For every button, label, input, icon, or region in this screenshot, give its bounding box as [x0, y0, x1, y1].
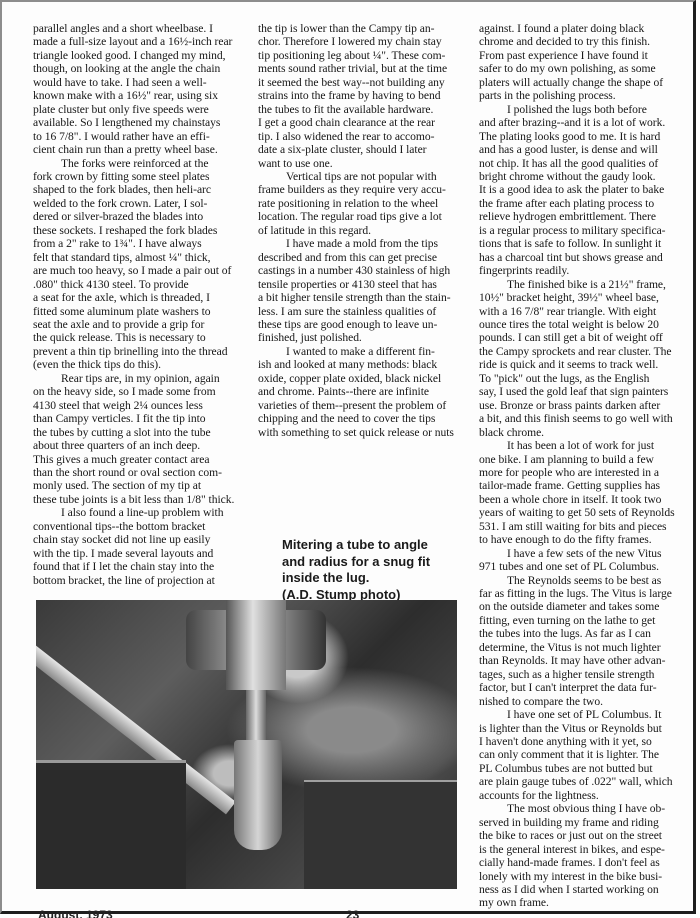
text-line: It has been a lot of work for just: [479, 439, 693, 452]
text-line: I get a good chain clearance at the rear: [258, 116, 472, 129]
text-line: I also found a line-up problem with: [33, 506, 255, 519]
text-line: a bit, and this finish seems to go well …: [479, 412, 693, 425]
text-line: strains into the frame by having to bend: [258, 89, 472, 102]
text-line: Rear tips are, in my opinion, again: [33, 372, 255, 385]
text-line: conventional tips--the bottom bracket: [33, 520, 255, 533]
text-line: and chrome. Paints--there are infinite: [258, 385, 472, 398]
text-line: monly used. The section of my tip at: [33, 479, 255, 492]
text-line: the tubes to fit the available hardware.: [258, 103, 472, 116]
text-line: ounce tires the total weight is below 20: [479, 318, 693, 331]
text-line: and after brazing--and it is a lot of wo…: [479, 116, 693, 129]
text-line: far as fitting in the lugs. The Vitus is…: [479, 587, 693, 600]
text-line: felt that standard tips, almost ¼" thick…: [33, 251, 255, 264]
text-line: 10½" bracket height, 39½" wheel base,: [479, 291, 693, 304]
text-line: are much too heavy, so I made a pair out…: [33, 264, 255, 277]
text-line: known make with a 16½" rear, using six: [33, 89, 255, 102]
photo-caption: Mitering a tube to angle and radius for …: [282, 537, 430, 603]
text-line: served in building my frame and riding: [479, 816, 693, 829]
text-line: The most obvious thing I have ob-: [479, 802, 693, 815]
vise-left: [36, 760, 186, 889]
text-line: can only comment that it is lighter. The: [479, 748, 693, 761]
text-line: varieties of them--present the problem o…: [258, 399, 472, 412]
text-line: less. I am sure the stainless qualities …: [258, 305, 472, 318]
text-line: ments sound rather trivial, but at the t…: [258, 62, 472, 75]
text-line: with the tip. I made several layouts and: [33, 547, 255, 560]
text-line: a seat for the axle, which is threaded, …: [33, 291, 255, 304]
text-line: made a full-size layout and a 16½-inch r…: [33, 35, 255, 48]
text-line: To "pick" out the lugs, as the English: [479, 372, 693, 385]
text-line: though, on looking at the angle the chai…: [33, 62, 255, 75]
text-line: 971 tubes and one set of PL Columbus.: [479, 560, 693, 573]
caption-line: inside the lug.: [282, 570, 430, 587]
text-line: the frame after each plating process to: [479, 197, 693, 210]
text-line: safer to do my own polishing, as some: [479, 62, 693, 75]
text-line: pounds. I can still get a bit of weight …: [479, 331, 693, 344]
text-line: It is a good idea to ask the plater to b…: [479, 183, 693, 196]
text-line: these tube joints is a bit less than 1/8…: [33, 493, 255, 506]
text-line: these tips are good enough to leave un-: [258, 318, 472, 331]
text-line: bottom bracket, the line of projection a…: [33, 574, 255, 587]
text-line: the tip is lower than the Campy tip an-: [258, 22, 472, 35]
text-line: chor. Therefore I lowered my chain stay: [258, 35, 472, 48]
text-line: are plain gauge tubes of .022" wall, whi…: [479, 775, 693, 788]
text-line: chrome and decided to try this finish.: [479, 35, 693, 48]
text-line: cially hand-made frames. I don't feel as: [479, 856, 693, 869]
text-line: the quick release. This is necessary to: [33, 331, 255, 344]
text-line: I haven't done anything with it yet, so: [479, 735, 693, 748]
text-line: cient chain run than a pretty wheel base…: [33, 143, 255, 156]
frame-lug: [234, 740, 282, 850]
text-line: platers will actually change the shape o…: [479, 76, 693, 89]
text-line: the bike to races or just out on the str…: [479, 829, 693, 842]
text-line: with a 16 7/8" rear triangle. With eight: [479, 305, 693, 318]
text-line: I polished the lugs both before: [479, 103, 693, 116]
text-line: rate positioning in relation to the whee…: [258, 197, 472, 210]
text-line: against. I found a plater doing black: [479, 22, 693, 35]
text-line: nished to compare the two.: [479, 695, 693, 708]
text-line: ish and looked at many methods: black: [258, 358, 472, 371]
text-line: fitting, even turning on the lathe to ge…: [479, 614, 693, 627]
text-line: one bike. I am planning to build a few: [479, 453, 693, 466]
text-line: determine, the Vitus is not much lighter: [479, 641, 693, 654]
text-line: these sockets. I reshaped the fork blade…: [33, 224, 255, 237]
text-line: parallel angles and a short wheelbase. I: [33, 22, 255, 35]
text-line: The finished bike is a 21½" frame,: [479, 278, 693, 291]
text-line: 531. I am still waiting for bits and pie…: [479, 520, 693, 533]
text-line: the tubes by cutting a slot into the tub…: [33, 426, 255, 439]
text-line: 4130 steel that weigh 2¼ ounces less: [33, 399, 255, 412]
text-line: I wanted to make a different fin-: [258, 345, 472, 358]
text-line: I have a few sets of the new Vitus: [479, 547, 693, 560]
text-line: tensile properties or 4130 steel that ha…: [258, 278, 472, 291]
text-line: The forks were reinforced at the: [33, 157, 255, 170]
text-line: finished, just polished.: [258, 331, 472, 344]
text-line: accounts for the lightness.: [479, 789, 693, 802]
text-line: years of waiting to get 50 sets of Reyno…: [479, 506, 693, 519]
text-line: on the heavy side, so I made some from: [33, 385, 255, 398]
text-line: and has a good luster, is dense and will: [479, 143, 693, 156]
text-line: chipping and the need to cover the tips: [258, 412, 472, 425]
text-line: from a 2" rake to 1¾". I have always: [33, 237, 255, 250]
vise-right: [304, 780, 457, 889]
text-line: welded to the fork crown. Later, I sol-: [33, 197, 255, 210]
text-line: black chrome.: [479, 426, 693, 439]
text-line: found that if I let the chain stay into …: [33, 560, 255, 573]
text-line: factor, but I can't interpret the data f…: [479, 681, 693, 694]
text-line: my own frame.: [479, 896, 693, 909]
text-line: tailor-made frame. Getting supplies has: [479, 479, 693, 492]
text-line: The plating looks good to me. It is hard: [479, 130, 693, 143]
text-line: the Campy sprockets and rear cluster. Th…: [479, 345, 693, 358]
text-line: about three quarters of an inch deep.: [33, 439, 255, 452]
text-line: than the short round or oval section com…: [33, 466, 255, 479]
text-line: Vertical tips are not popular with: [258, 170, 472, 183]
magazine-page: parallel angles and a short wheelbase. I…: [0, 0, 696, 914]
text-line: a bit higher tensile strength than the s…: [258, 291, 472, 304]
text-line: ness as I did when I started working on: [479, 883, 693, 896]
text-line: fork crown by fitting some steel plates: [33, 170, 255, 183]
text-line: to 16 7/8". I would rather have an effi-: [33, 130, 255, 143]
text-line: more for people who are interested in a: [479, 466, 693, 479]
text-line: shaped to the fork blades, then heli-arc: [33, 183, 255, 196]
text-line: bright chrome without the gaudy look.: [479, 170, 693, 183]
text-line: fitted some aluminum plate washers to: [33, 305, 255, 318]
text-line: seat the axle and to provide a grip for: [33, 318, 255, 331]
footer-date: August, 1973: [38, 908, 113, 918]
text-line: is the general interest in bikes, and es…: [479, 843, 693, 856]
caption-line: and radius for a snug fit: [282, 554, 430, 571]
article-column-1: parallel angles and a short wheelbase. I…: [33, 22, 255, 587]
text-line: prevent a thin tip brinelling into the t…: [33, 345, 255, 358]
text-line: PL Columbus tubes are not butted but: [479, 762, 693, 775]
text-line: I have one set of PL Columbus. It: [479, 708, 693, 721]
text-line: has a charcoal tint but shows grease and: [479, 251, 693, 264]
text-line: date a six-plate cluster, should I later: [258, 143, 472, 156]
article-photo: [36, 600, 457, 889]
text-line: than Campy verticles. I fit the tip into: [33, 412, 255, 425]
text-line: (even the thick tips do this).: [33, 358, 255, 371]
text-line: plate cluster but only five speeds were: [33, 103, 255, 116]
text-line: From past experience I have found it: [479, 49, 693, 62]
article-column-2: the tip is lower than the Campy tip an-c…: [258, 22, 472, 439]
milling-spindle: [226, 600, 286, 690]
text-line: relieve hydrogen embrittlement. There: [479, 210, 693, 223]
text-line: location. The regular road tips give a l…: [258, 210, 472, 223]
text-line: the tubes into the lugs. As far as I can: [479, 627, 693, 640]
text-line: tions that is safe to follow. In sunligh…: [479, 237, 693, 250]
text-line: is a regular process to military specifi…: [479, 224, 693, 237]
text-line: The Reynolds seems to be best as: [479, 574, 693, 587]
text-line: This gives a much greater contact area: [33, 453, 255, 466]
text-line: I have made a mold from the tips: [258, 237, 472, 250]
text-line: ride is quick and it seems to track well…: [479, 358, 693, 371]
milling-cutter: [246, 690, 266, 740]
article-column-3: against. I found a plater doing blackchr…: [479, 22, 693, 910]
text-line: than Reynolds. It may have other advan-: [479, 654, 693, 667]
text-line: is lighter than the Vitus or Reynolds bu…: [479, 722, 693, 735]
text-line: on the outside diameter and takes some: [479, 600, 693, 613]
text-line: been a whole chore in itself. It took tw…: [479, 493, 693, 506]
text-line: tip. I also widened the rear to accomo-: [258, 130, 472, 143]
text-line: oxide, copper plate oxided, black nickel: [258, 372, 472, 385]
text-line: with something to set quick release or n…: [258, 426, 472, 439]
text-line: tip positioning leg about ¼". These com-: [258, 49, 472, 62]
text-line: castings in a number 430 stainless of hi…: [258, 264, 472, 277]
text-line: of latitude in this regard.: [258, 224, 472, 237]
text-line: lonely with my interest in the bike busi…: [479, 870, 693, 883]
page-number: 23: [346, 908, 359, 918]
text-line: parts in the polishing process.: [479, 89, 693, 102]
text-line: .080" thick 4130 steel. To provide: [33, 278, 255, 291]
text-line: fingerprints readily.: [479, 264, 693, 277]
text-line: say, I used the gold leaf that sign pain…: [479, 385, 693, 398]
text-line: use. Bronze or brass paints darken after: [479, 399, 693, 412]
text-line: triangle looked good. I changed my mind,: [33, 49, 255, 62]
caption-line: Mitering a tube to angle: [282, 537, 430, 554]
text-line: available. So I lengthened my chainstays: [33, 116, 255, 129]
text-line: tages, such as a higher tensile strength: [479, 668, 693, 681]
text-line: described and from this can get precise: [258, 251, 472, 264]
text-line: frame builders as they require very accu…: [258, 183, 472, 196]
text-line: not chip. It has all the good qualities …: [479, 157, 693, 170]
text-line: it seemed the best way--not building any: [258, 76, 472, 89]
text-line: would have to take. I had seen a well-: [33, 76, 255, 89]
text-line: want to use one.: [258, 157, 472, 170]
text-line: dered or silver-brazed the blades into: [33, 210, 255, 223]
text-line: to have enough to do the fifty frames.: [479, 533, 693, 546]
text-line: chain stay socket did not line up easily: [33, 533, 255, 546]
